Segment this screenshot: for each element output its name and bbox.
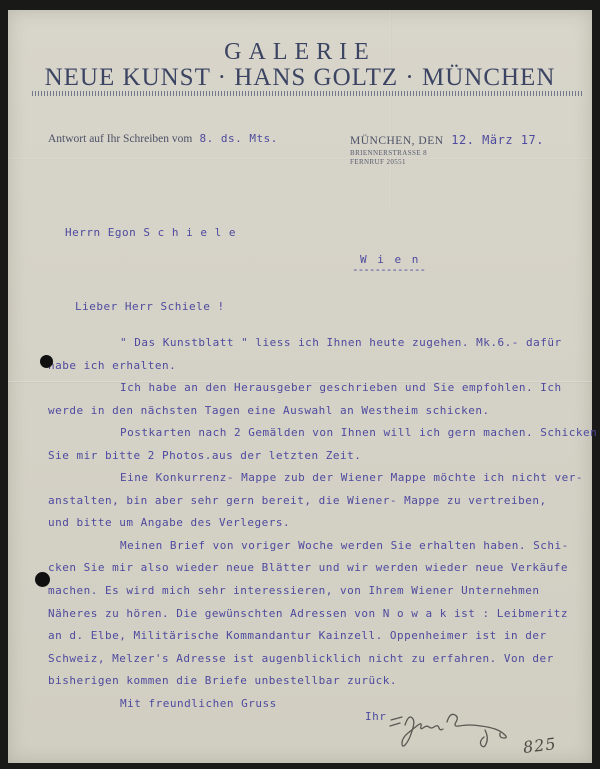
photo-of-letter: { "letterhead": { "line1": "GALERIE", "l…	[0, 0, 600, 769]
salutation: Lieber Herr Schiele !	[75, 300, 225, 313]
reference-typed-value: 8. ds. Mts.	[192, 132, 277, 145]
letterhead-subtitle: NEUE KUNST · HANS GOLTZ · MÜNCHEN	[8, 64, 592, 92]
typed-line: machen. Es wird mich sehr interessieren,…	[48, 580, 588, 603]
letterhead-phone: FERNRUF 20551	[350, 158, 406, 166]
typed-line: Schweiz, Melzer's Adresse ist augenblick…	[48, 648, 588, 671]
recipient-name-line: Herrn Egon S c h i e l e	[65, 226, 236, 239]
typed-line: anstalten, bin aber sehr gern bereit, di…	[48, 490, 588, 513]
typed-line: Näheres zu hören. Die gewünschten Adress…	[48, 603, 588, 626]
typed-line: habe ich erhalten.	[48, 355, 588, 378]
dateline-typed-date: 12. März 17.	[444, 133, 544, 147]
letter-body: " Das Kunstblatt " liess ich Ihnen heute…	[48, 332, 588, 715]
handwritten-signature	[385, 698, 525, 758]
typed-line: Ich habe an den Herausgeber geschrieben …	[48, 377, 588, 400]
letterhead-hatched-rule	[32, 91, 582, 96]
typed-line: und bitte um Angabe des Verlegers.	[48, 512, 588, 535]
letter-paper: GALERIE NEUE KUNST · HANS GOLTZ · MÜNCHE…	[8, 10, 592, 763]
punch-hole	[40, 355, 53, 368]
letterhead-street-address: BRIENNERSTRASSE 8	[350, 149, 427, 157]
typed-line: Eine Konkurrenz- Mappe zub der Wiener Ma…	[48, 467, 588, 490]
horizontal-fold-crease	[8, 158, 592, 160]
signature-prefix: Ihr	[365, 710, 386, 723]
reference-line: Antwort auf Ihr Schreiben vom 8. ds. Mts…	[48, 132, 278, 145]
punch-hole	[35, 572, 50, 587]
typed-line: an d. Elbe, Militärische Kommandantur Ka…	[48, 625, 588, 648]
typed-line: Meinen Brief von voriger Woche werden Si…	[48, 535, 588, 558]
typed-line: Postkarten nach 2 Gemälden von Ihnen wil…	[48, 422, 588, 445]
dateline-printed-label: MÜNCHEN, DEN	[350, 135, 444, 147]
reference-printed-label: Antwort auf Ihr Schreiben vom	[48, 133, 192, 145]
typed-line: Sie mir bitte 2 Photos.aus der letzten Z…	[48, 445, 588, 468]
pencil-inventory-number: 825	[522, 734, 558, 757]
dateline: MÜNCHEN, DEN 12. März 17.	[350, 131, 544, 149]
typed-line: cken Sie mir also wieder neue Blätter un…	[48, 557, 588, 580]
recipient-city-underline: -------------	[352, 263, 425, 276]
letterhead-gallery-name: GALERIE	[8, 39, 592, 66]
typed-line: werde in den nächsten Tagen eine Auswahl…	[48, 400, 588, 423]
typed-line: " Das Kunstblatt " liess ich Ihnen heute…	[48, 332, 588, 355]
typed-line: bisherigen kommen die Briefe unbestellba…	[48, 670, 588, 693]
